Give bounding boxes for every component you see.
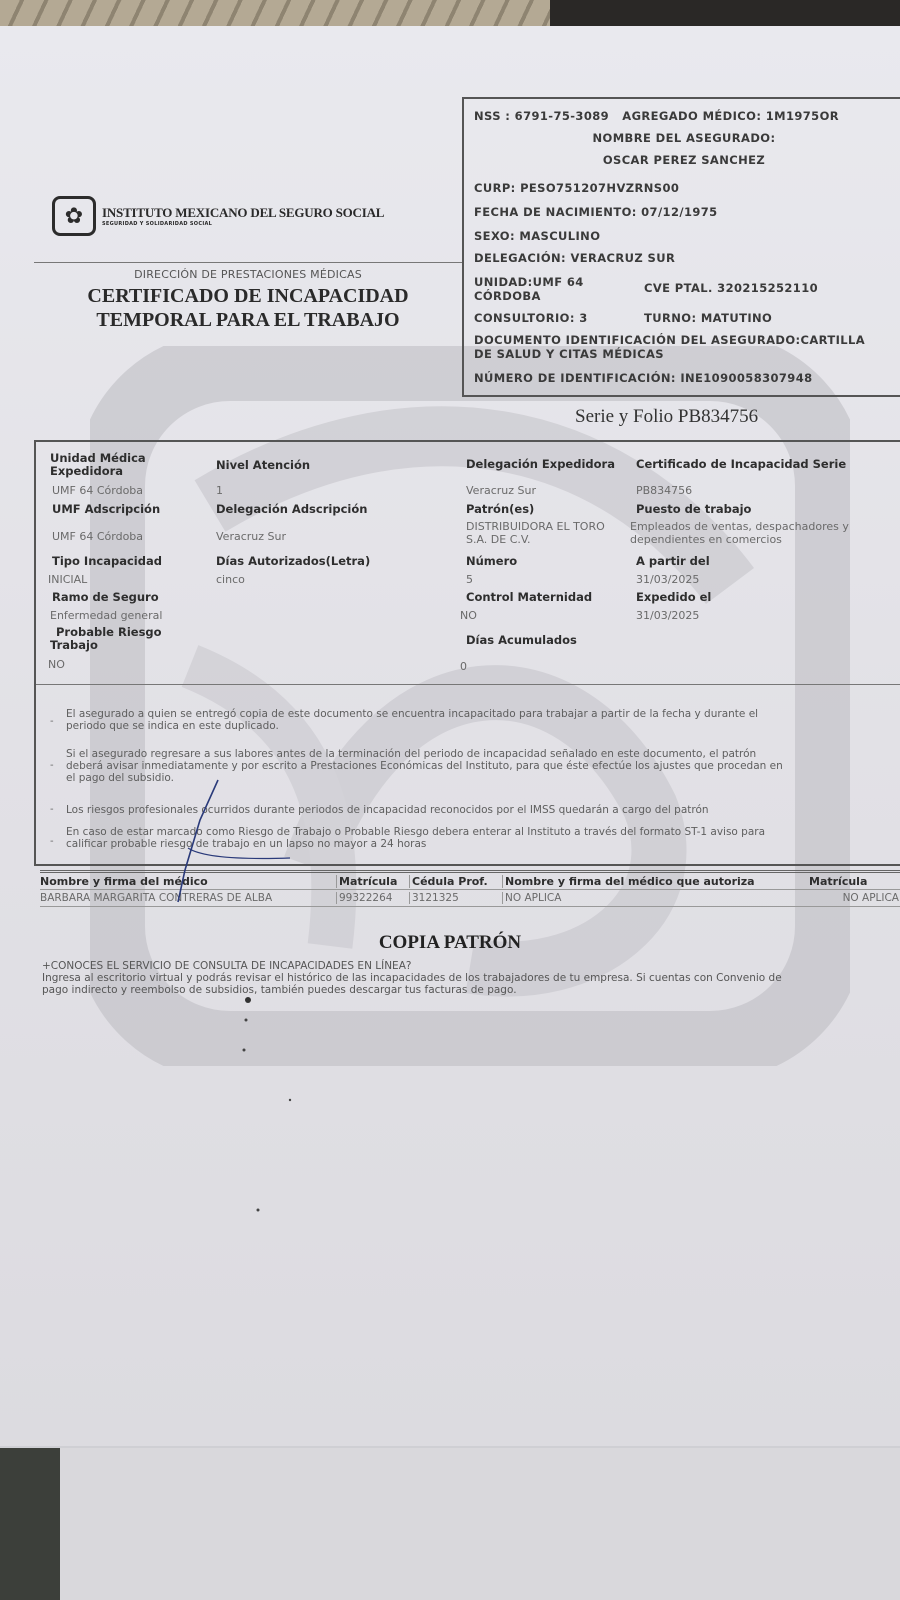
delegacion-expedidora: Veracruz Sur (466, 484, 536, 497)
copy-label: COPIA PATRÓN (0, 932, 900, 954)
dias-letra-label: Días Autorizados(Letra) (216, 555, 370, 568)
doctor-cedula: 3121325 (409, 892, 502, 904)
note-line: periodo que se indica en este duplicado. (66, 720, 856, 732)
patient-name: OSCAR PEREZ SANCHEZ (464, 153, 900, 167)
header-matricula-auth: Matrícula (807, 875, 899, 888)
label-line: Trabajo (50, 639, 162, 652)
footer-line: pago indirecto y reembolso de subsidios,… (42, 984, 882, 996)
header-authorizing-doctor: Nombre y firma del médico que autoriza (502, 875, 807, 888)
umf-adscripcion-label: UMF Adscripción (52, 503, 160, 516)
bullet: - (50, 760, 54, 771)
divider (34, 262, 462, 263)
institution-tagline: SEGURIDAD Y SOLIDARIDAD SOCIAL (102, 221, 384, 227)
dias-acumulados-label: Días Acumulados (466, 634, 577, 647)
consultorio: CONSULTORIO: 3 (474, 311, 588, 325)
patron-label: Patrón(es) (466, 503, 534, 516)
header-doctor-name: Nombre y firma del médico (40, 875, 336, 888)
bullet: - (50, 836, 54, 847)
delegacion-adscripcion-label: Delegación Adscripción (216, 503, 367, 516)
dias-acumulados: 0 (460, 660, 467, 673)
note-2: Si el asegurado regresare a sus labores … (66, 748, 856, 784)
cert-serie: PB834756 (636, 484, 692, 497)
unidad-expedidora: UMF 64 Córdoba (52, 484, 143, 497)
sex: SEXO: MASCULINO (474, 229, 600, 243)
divider (36, 684, 900, 685)
certificate-title: CERTIFICADO DE INCAPACIDAD TEMPORAL PARA… (34, 284, 462, 332)
agregado-medico: AGREGADO MÉDICO: 1M1975OR (622, 109, 839, 123)
footer-line: +CONOCES EL SERVICIO DE CONSULTA DE INCA… (42, 960, 882, 972)
background-fabric (0, 1440, 900, 1600)
note-line: Si el asegurado regresare a sus labores … (66, 748, 856, 760)
cve-ptal: CVE PTAL. 320215252110 (644, 281, 818, 295)
tipo-incapacidad-label: Tipo Incapacidad (52, 555, 162, 568)
bullet: - (50, 716, 54, 727)
curp: CURP: PESO751207HVZRNS00 (474, 181, 679, 195)
nss-row: NSS : 6791-75-3089 AGREGADO MÉDICO: 1M19… (474, 109, 839, 123)
ramo-label: Ramo de Seguro (52, 591, 159, 604)
table-row: BARBARA MARGARITA CONTRERAS DE ALBA 9932… (40, 889, 900, 907)
header-matricula: Matrícula (336, 875, 409, 888)
note-line: El asegurado a quien se entregó copia de… (66, 708, 856, 720)
puesto-label: Puesto de trabajo (636, 503, 751, 516)
puesto-line2: dependientes en comercios (630, 533, 849, 546)
header-cedula: Cédula Prof. (409, 875, 502, 888)
note-line: el pago del subsidio. (66, 772, 856, 784)
unit-line2: CÓRDOBA (474, 289, 584, 303)
turno: TURNO: MATUTINO (644, 311, 772, 325)
nivel-atencion: 1 (216, 484, 223, 497)
serie-folio: Serie y Folio PB834756 (575, 406, 758, 428)
puesto: Empleados de ventas, despachadores y dep… (630, 520, 849, 546)
id-document-line2: DE SALUD Y CITAS MÉDICAS (474, 347, 865, 361)
control-maternidad: NO (460, 609, 477, 622)
note-1: El asegurado a quien se entregó copia de… (66, 708, 856, 732)
puesto-line1: Empleados de ventas, despachadores y (630, 520, 849, 533)
delegation: DELEGACIÓN: VERACRUZ SUR (474, 251, 675, 265)
doctor-name: BARBARA MARGARITA CONTRERAS DE ALBA (40, 892, 336, 904)
control-maternidad-label: Control Maternidad (466, 591, 592, 604)
patron-line1: DISTRIBUIDORA EL TORO (466, 520, 605, 533)
cert-serie-label: Certificado de Incapacidad Serie (636, 458, 846, 471)
doctor-table-header: Nombre y firma del médico Matrícula Cédu… (40, 873, 900, 889)
note-3: Los riesgos profesionales ocurridos dura… (66, 804, 856, 816)
nivel-atencion-label: Nivel Atención (216, 459, 310, 472)
doctor-table: Nombre y firma del médico Matrícula Cédu… (40, 870, 900, 907)
patron: DISTRIBUIDORA EL TORO S.A. DE C.V. (466, 520, 605, 546)
note-line: deberá avisar inmediatamente y por escri… (66, 760, 856, 772)
tipo-incapacidad: INICIAL (48, 573, 87, 586)
background-corner (0, 1440, 60, 1600)
certificate-details-box: Unidad Médica Expedidora UMF 64 Córdoba … (34, 440, 900, 866)
riesgo: NO (48, 658, 65, 671)
numero: 5 (466, 573, 473, 586)
note-line: En caso de estar marcado como Riesgo de … (66, 826, 856, 838)
riesgo-label: Probable Riesgo Trabajo (50, 626, 162, 652)
note-4: En caso de estar marcado como Riesgo de … (66, 826, 856, 850)
institution-logo: ✿ INSTITUTO MEXICANO DEL SEGURO SOCIAL S… (52, 196, 384, 236)
footer-line: Ingresa al escritorio virtual y podrás r… (42, 972, 882, 984)
numero-label: Número (466, 555, 517, 568)
institution-name: INSTITUTO MEXICANO DEL SEGURO SOCIAL (102, 205, 384, 221)
patient-info-box: NSS : 6791-75-3089 AGREGADO MÉDICO: 1M19… (462, 97, 900, 397)
expedido: 31/03/2025 (636, 609, 699, 622)
a-partir-label: A partir del (636, 555, 710, 568)
unit: UNIDAD:UMF 64 CÓRDOBA (474, 275, 584, 303)
dias-letra: cinco (216, 573, 245, 586)
imss-eagle-logo-icon: ✿ (52, 196, 96, 236)
birth-date: FECHA DE NACIMIENTO: 07/12/1975 (474, 205, 718, 219)
authorizing-matricula: NO APLICA (807, 892, 899, 904)
id-document: DOCUMENTO IDENTIFICACIÓN DEL ASEGURADO:C… (474, 333, 865, 361)
nss: NSS : 6791-75-3089 (474, 109, 609, 123)
bullet: - (50, 804, 54, 815)
note-line: Los riesgos profesionales ocurridos dura… (66, 804, 856, 816)
authorizing-doctor: NO APLICA (502, 892, 807, 904)
note-line: calificar probable riesgo de trabajo en … (66, 838, 856, 850)
delegacion-expedidora-label: Delegación Expedidora (466, 458, 615, 471)
expedido-label: Expedido el (636, 591, 711, 604)
online-service-note: +CONOCES EL SERVICIO DE CONSULTA DE INCA… (42, 960, 882, 996)
label-line: Expedidora (50, 465, 146, 478)
patron-line2: S.A. DE C.V. (466, 533, 605, 546)
direction-label: DIRECCIÓN DE PRESTACIONES MÉDICAS (34, 268, 462, 281)
delegacion-adscripcion: Veracruz Sur (216, 530, 286, 543)
unit-line1: UNIDAD:UMF 64 (474, 275, 584, 289)
certificate-title-line1: CERTIFICADO DE INCAPACIDAD (34, 284, 462, 308)
id-document-line1: DOCUMENTO IDENTIFICACIÓN DEL ASEGURADO:C… (474, 333, 865, 347)
certificate-title-line2: TEMPORAL PARA EL TRABAJO (34, 308, 462, 332)
id-number: NÚMERO DE IDENTIFICACIÓN: INE10900583079… (474, 371, 813, 385)
umf-adscripcion: UMF 64 Córdoba (52, 530, 143, 543)
unidad-expedidora-label: Unidad Médica Expedidora (50, 452, 146, 478)
patient-name-label: NOMBRE DEL ASEGURADO: (464, 131, 900, 145)
ramo: Enfermedad general (50, 609, 162, 622)
a-partir: 31/03/2025 (636, 573, 699, 586)
doctor-matricula: 99322264 (336, 892, 409, 904)
